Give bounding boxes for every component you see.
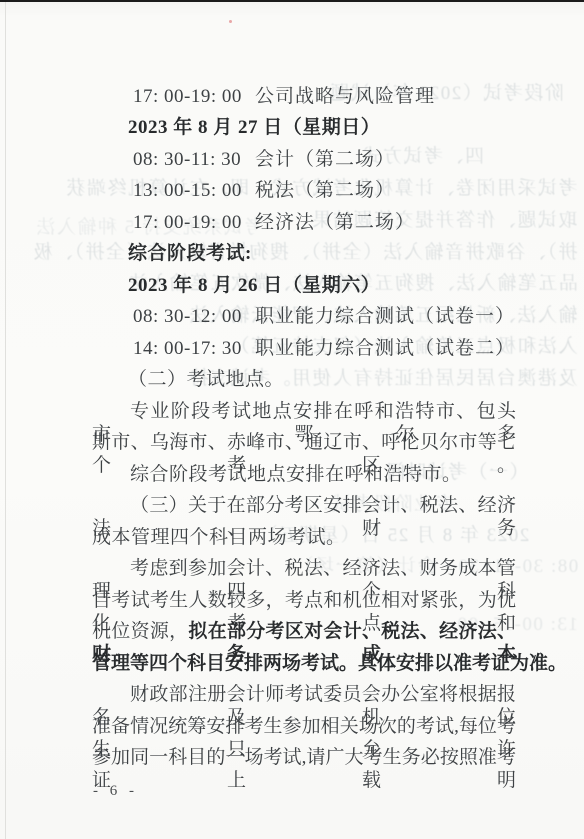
time-cell: 17: 00-19: 00	[133, 211, 242, 234]
schedule-row: 17: 00-19: 00 公司战略与风险管理	[92, 85, 516, 109]
paragraph-line: 考虑到参加会计、税法、经济法、财务成本管理四个科	[92, 557, 516, 581]
paragraph-line-bold: 管理等四个科目安排两场考试。具体安排以准考证为准。	[92, 652, 516, 676]
section-heading-locations: （二）考试地点。	[128, 368, 516, 392]
subject-cell: 公司战略与风险管理	[255, 85, 435, 108]
document-page: 阶段考试（2023 年）试题 四、考试方式 考试采用闭卷、计算机化考试方式。即，…	[0, 0, 584, 839]
exam-date-heading: 2023 年 8 月 27 日（星期日）	[128, 116, 516, 140]
section-heading-two-sessions-cont: 成本管理四个科目两场考试。	[92, 526, 516, 550]
paragraph-line: 专业阶段考试地点安排在呼和浩特市、包头市、鄂尔多	[92, 400, 516, 424]
paragraph-text-normal: 机位资源，	[92, 621, 188, 642]
subject-cell: 职业能力综合测试（试卷二）	[255, 337, 515, 360]
schedule-row: 13: 00-15: 00 税法（第二场）	[92, 179, 516, 203]
comprehensive-stage-heading: 综合阶段考试:	[128, 242, 516, 266]
paragraph-line: 斯市、乌海市、赤峰市、通辽市、呼伦贝尔市等七个考区。	[92, 431, 516, 455]
paragraph-line: 综合阶段考试地点安排在呼和浩特市。	[92, 463, 516, 487]
paragraph-line: 机位资源，拟在部分考区对会计、税法、经济法、财务成本	[92, 620, 516, 644]
paragraph-line: 财政部注册会计师考试委员会办公室将根据报名及机位	[92, 683, 516, 707]
paragraph-line: 准备情况统筹安排考生参加相关场次的考试,每位考生只允许	[92, 715, 516, 739]
subject-cell: 会计（第二场）	[255, 148, 395, 171]
time-cell: 08: 30-11: 30	[133, 148, 241, 171]
time-cell: 17: 00-19: 00	[133, 85, 242, 108]
section-heading-two-sessions: （三）关于在部分考区安排会计、税法、经济法、财务	[92, 494, 516, 518]
subject-cell: 税法（第二场）	[255, 179, 395, 202]
subject-cell: 经济法（第二场）	[255, 211, 415, 234]
paragraph-line: 目考试考生人数较多，考点和机位相对紧张，为优化考点和	[92, 589, 516, 613]
time-cell: 13: 00-15: 00	[133, 179, 242, 202]
exam-date-heading: 2023 年 8 月 26 日（星期六）	[128, 274, 516, 298]
scan-artifact-dot	[229, 20, 232, 23]
schedule-row: 08: 30-11: 30 会计（第二场）	[92, 148, 516, 172]
page-top-edge	[0, 0, 584, 2]
time-cell: 14: 00-17: 30	[133, 337, 242, 360]
schedule-row: 14: 00-17: 30 职业能力综合测试（试卷二）	[92, 337, 516, 361]
schedule-row: 08: 30-12: 00 职业能力综合测试（试卷一）	[92, 305, 516, 329]
page-number: - 6 -	[93, 783, 138, 800]
schedule-row: 17: 00-19: 00 经济法（第二场）	[92, 211, 516, 235]
paragraph-line: 参加同一科目的一场考试,请广大考生务必按照准考证上载明	[92, 746, 516, 770]
page-left-edge	[5, 2, 6, 839]
time-cell: 08: 30-12: 00	[133, 305, 242, 328]
subject-cell: 职业能力综合测试（试卷一）	[255, 305, 515, 328]
